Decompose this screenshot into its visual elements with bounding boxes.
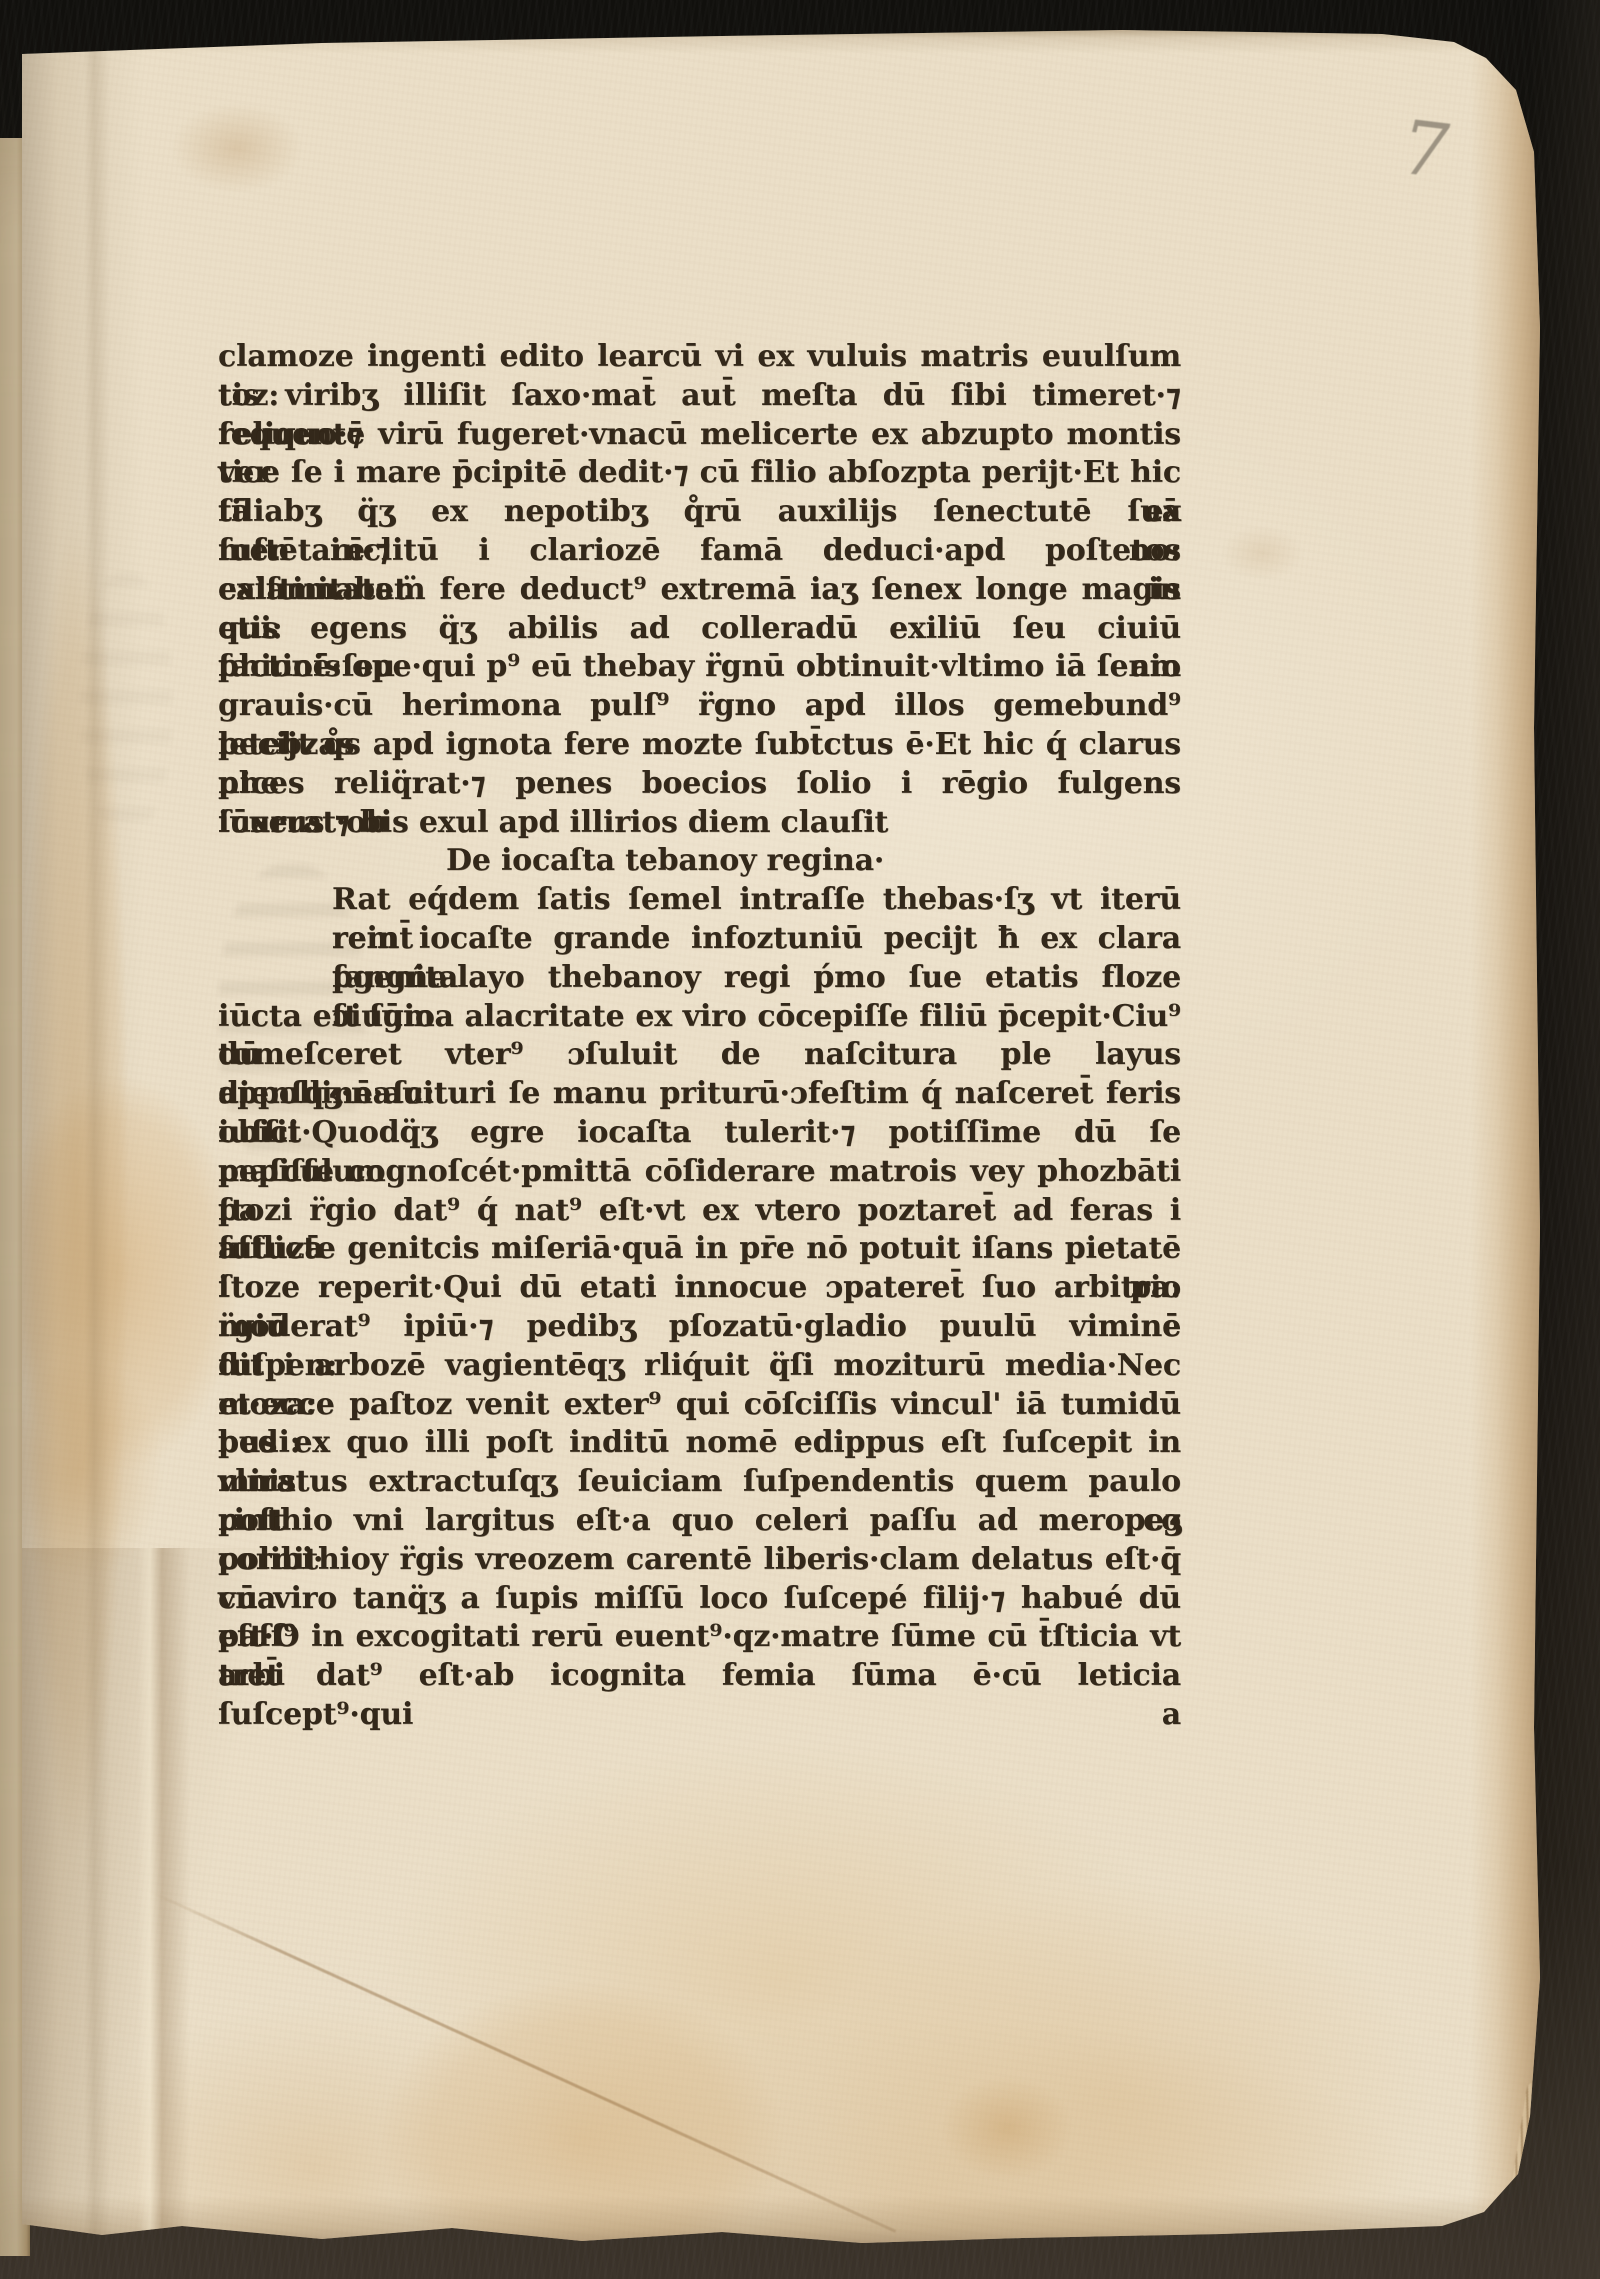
text-line: moderat⁹ ipiū·⁊ pedibʒ pſozatū·gladio pu… (218, 1308, 1181, 1347)
text-line: cornithioy r̈gis vreozem carentē liberis… (218, 1541, 1181, 1580)
text-line: ſtozi r̈gio dat⁹ q́ nat⁹ eſt·vt ex vtero… (218, 1192, 1181, 1231)
text-line: dit i arbozē vagientēqʒ rliq́uit q̈ſi mo… (218, 1347, 1181, 1386)
text-block: clamoze ingenti edito learcū vi ex vului… (218, 338, 1181, 1696)
text-line: tumeſceret vter⁹ ɔſuluit de naſcitura pl… (218, 1036, 1181, 1075)
text-line: filiabʒ q̈ʒ ex nepotibʒ q̊rū auxilijs ſe… (218, 493, 1181, 532)
text-line: ſtoze reperit·Qui dū etati innocue ɔpate… (218, 1269, 1181, 1308)
text-line: dienſqʒ·naſcituri ſe manu priturū·ɔfeſti… (218, 1075, 1181, 1114)
book-page: 7 clamoze ingenti edito learcū vi ex vul… (22, 28, 1562, 2246)
text-line: eſt·O in excogitati rerū euent⁹·qz·matre… (218, 1618, 1181, 1657)
text-line: afflicte genitcis miſeriā·quā in pr̄e nō… (218, 1230, 1181, 1269)
text-line: bus ex quo illi poſt inditū nomē edippus… (218, 1424, 1181, 1463)
text-line: tis viribʒ illiſit ſaxo·mat̄ aut̄ meſta … (218, 377, 1181, 416)
text-line: miratus extractuſqʒ ſeuiciam ſuſpendenti… (218, 1463, 1181, 1502)
text-line: et·ecce paſtoz venit exter⁹ qui cōſciſſi… (218, 1386, 1181, 1425)
text-line: etis egens q̈ʒ abilis ad colleradū exili… (218, 610, 1181, 649)
text-line: ſangńe·layo thebanoy regi ṕmo ſue etatis… (218, 959, 1181, 998)
text-line: men inclitū i clariozē famā deduci·apd p… (218, 532, 1181, 571)
pencil-page-number: 7 (1381, 98, 1467, 213)
text-line: phionis ope·qui p⁹ eū thebay r̈gnū obtin… (218, 648, 1181, 687)
text-line: pepiſſe cognoſcét·pmittā cōſiderare matr… (218, 1153, 1181, 1192)
text-line: rem iocaſte grande infoztuniū pecijt ħ e… (218, 920, 1181, 959)
photo-backdrop-right (1530, 0, 1600, 2279)
text-line: clamoze ingenti edito learcū vi ex vului… (218, 338, 1181, 377)
text-line: ſequentē virū fugeret·vnacū melicerte ex… (218, 416, 1181, 455)
text-line: nices reliq̈rat·⁊ penes boecios ſolio i … (218, 765, 1181, 804)
text-line: tice ſe i mare p̄cipitē dedit·⁊ cū filio… (218, 454, 1181, 493)
ink-showthrough (80, 573, 172, 833)
text-line: pecijt q̊s apd ignota fere mozte ſubt̄ct… (218, 726, 1181, 765)
text-line: tret̄ dat⁹ eſt·ab icognita femia ſūma ē·… (218, 1657, 1181, 1696)
text-line: calamitatem̈ fere deduct⁹ extremā iaʒ ſe… (218, 571, 1181, 610)
text-line: grauis·cū herimona pulſ⁹ r̈gno apd illos… (218, 687, 1181, 726)
text-line: rinthio vni largitus eſt·a quo celeri pa… (218, 1502, 1181, 1541)
text-line: Rat eq́dem ſatis ſemel intraſſe thebas·ſ… (218, 881, 1181, 920)
text-line: cū viro tanq̈ʒ a ſupis miſſū loco ſuſcep… (218, 1580, 1181, 1619)
text-line: ſcurus ⁊ bis exul apd illirios diem clau… (218, 804, 1181, 843)
text-line: iuſſit·Quodq̈ʒ egre iocaſta tulerit·⁊ po… (218, 1114, 1181, 1153)
chapter-heading: De iocaſta tebanoy regina· (218, 842, 1181, 881)
text-line: iūcta eſt ſūma alacritate ex viro cōcepi… (218, 998, 1181, 1037)
